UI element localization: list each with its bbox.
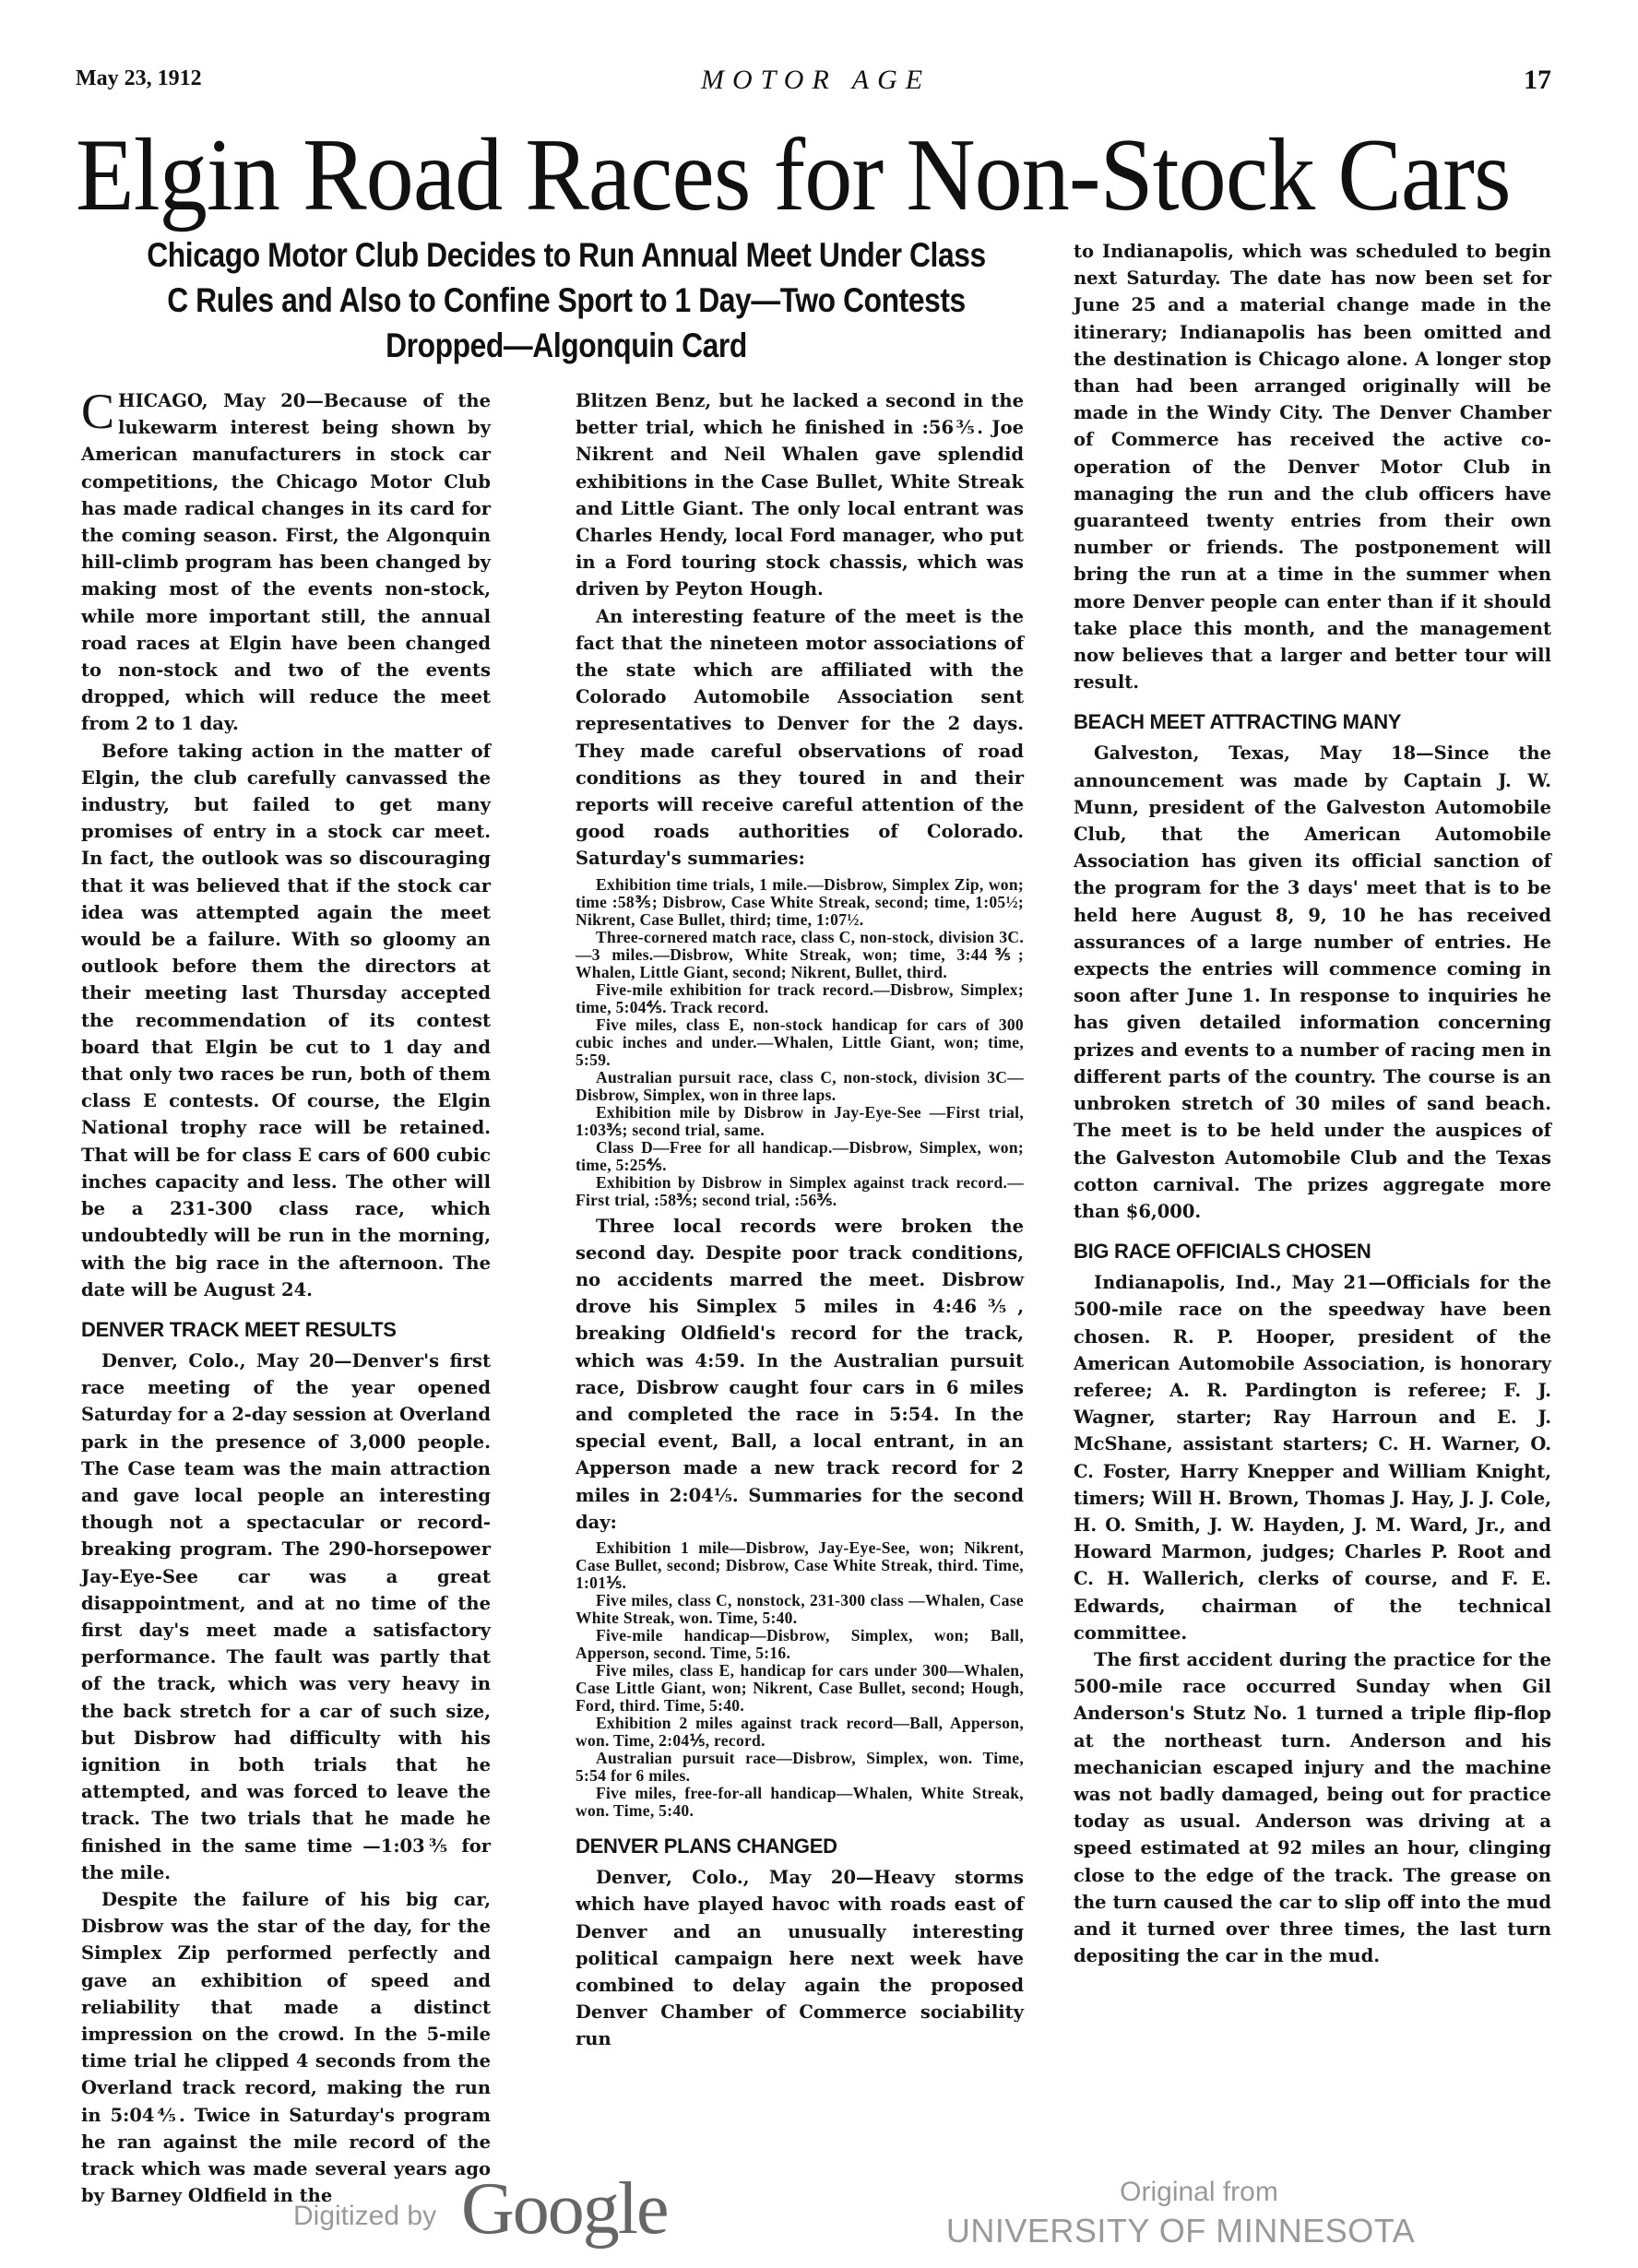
article-paragraph: The first accident during the practice f…	[1074, 1646, 1551, 1969]
google-logo: Google	[461, 2167, 668, 2251]
article-paragraph: Indianapolis, Ind., May 21—Officials for…	[1074, 1269, 1551, 1646]
issue-date: May 23, 1912	[76, 66, 202, 91]
scan-attribution-footer: Digitized by Google Original from UNIVER…	[0, 2167, 1638, 2260]
drop-cap: C	[81, 391, 114, 432]
summaries-day-2: Exhibition 1 mile—Disbrow, Jay-Eye-See, …	[576, 1539, 1024, 1820]
summary-item: Five-mile exhibition for track record.—D…	[576, 981, 1024, 1016]
summary-item: Five miles, class E, handicap for cars u…	[576, 1662, 1024, 1715]
summary-item: Five-mile handicap—Disbrow, Simplex, won…	[576, 1627, 1024, 1662]
column-2: Blitzen Benz, but he lacked a second in …	[576, 387, 1024, 2053]
magazine-name: MOTOR AGE	[701, 65, 931, 96]
section-heading-big-race: BIG RACE OFFICIALS CHOSEN	[1074, 1238, 1551, 1265]
summary-item: Exhibition time trials, 1 mile.—Disbrow,…	[576, 876, 1024, 929]
column-3: to Indianapolis, which was scheduled to …	[1074, 238, 1551, 1969]
column-1: CHICAGO, May 20—Because of the lukewarm …	[81, 387, 491, 2209]
summary-item: Five miles, free-for-all handicap—Whalen…	[576, 1785, 1024, 1820]
section-heading-denver-track: DENVER TRACK MEET RESULTS	[81, 1316, 491, 1344]
summaries-day-1: Exhibition time trials, 1 mile.—Disbrow,…	[576, 876, 1024, 1209]
summary-item: Three-cornered match race, class C, non-…	[576, 929, 1024, 981]
digitized-by-label: Digitized by	[293, 2201, 436, 2232]
summary-item: Exhibition 1 mile—Disbrow, Jay-Eye-See, …	[576, 1539, 1024, 1592]
headline: Elgin Road Races for Non-Stock Cars	[76, 120, 1430, 231]
article-paragraph: Despite the failure of his big car, Disb…	[81, 1886, 491, 2209]
summary-item: Exhibition by Disbrow in Simplex against…	[576, 1174, 1024, 1209]
article-paragraph: to Indianapolis, which was scheduled to …	[1074, 238, 1551, 695]
summary-item: Five miles, class E, non-stock handicap …	[576, 1016, 1024, 1069]
article-paragraph: Denver, Colo., May 20—Denver's first rac…	[81, 1348, 491, 1886]
summary-item: Australian pursuit race, class C, non-st…	[576, 1069, 1024, 1104]
article-paragraph: Denver, Colo., May 20—Heavy storms which…	[576, 1864, 1024, 2052]
article-paragraph: Three local records were broken the seco…	[576, 1213, 1024, 1536]
section-heading-denver-plans: DENVER PLANS CHANGED	[576, 1833, 1024, 1860]
running-header: May 23, 1912 MOTOR AGE 17	[0, 63, 1638, 100]
summary-item: Class D—Free for all handicap.—Disbrow, …	[576, 1139, 1024, 1174]
summary-item: Exhibition 2 miles against track record—…	[576, 1715, 1024, 1750]
article-paragraph: Before taking action in the matter of El…	[81, 738, 491, 1303]
summary-item: Five miles, class C, nonstock, 231-300 c…	[576, 1592, 1024, 1627]
summary-item: Australian pursuit race—Disbrow, Simplex…	[576, 1750, 1024, 1785]
article-paragraph: Blitzen Benz, but he lacked a second in …	[576, 387, 1024, 603]
original-from-label: Original from	[1061, 2177, 1337, 2208]
university-label: UNIVERSITY OF MINNESOTA	[922, 2212, 1439, 2250]
article-paragraph: CHICAGO, May 20—Because of the lukewarm …	[81, 387, 491, 738]
article-paragraph: Galveston, Texas, May 18—Since the annou…	[1074, 740, 1551, 1225]
page-number: 17	[1524, 65, 1551, 96]
section-heading-beach-meet: BEACH MEET ATTRACTING MANY	[1074, 708, 1551, 736]
subheadline: Chicago Motor Club Decides to Run Annual…	[146, 232, 987, 368]
summary-item: Exhibition mile by Disbrow in Jay-Eye-Se…	[576, 1104, 1024, 1139]
article-paragraph: An interesting feature of the meet is th…	[576, 603, 1024, 873]
